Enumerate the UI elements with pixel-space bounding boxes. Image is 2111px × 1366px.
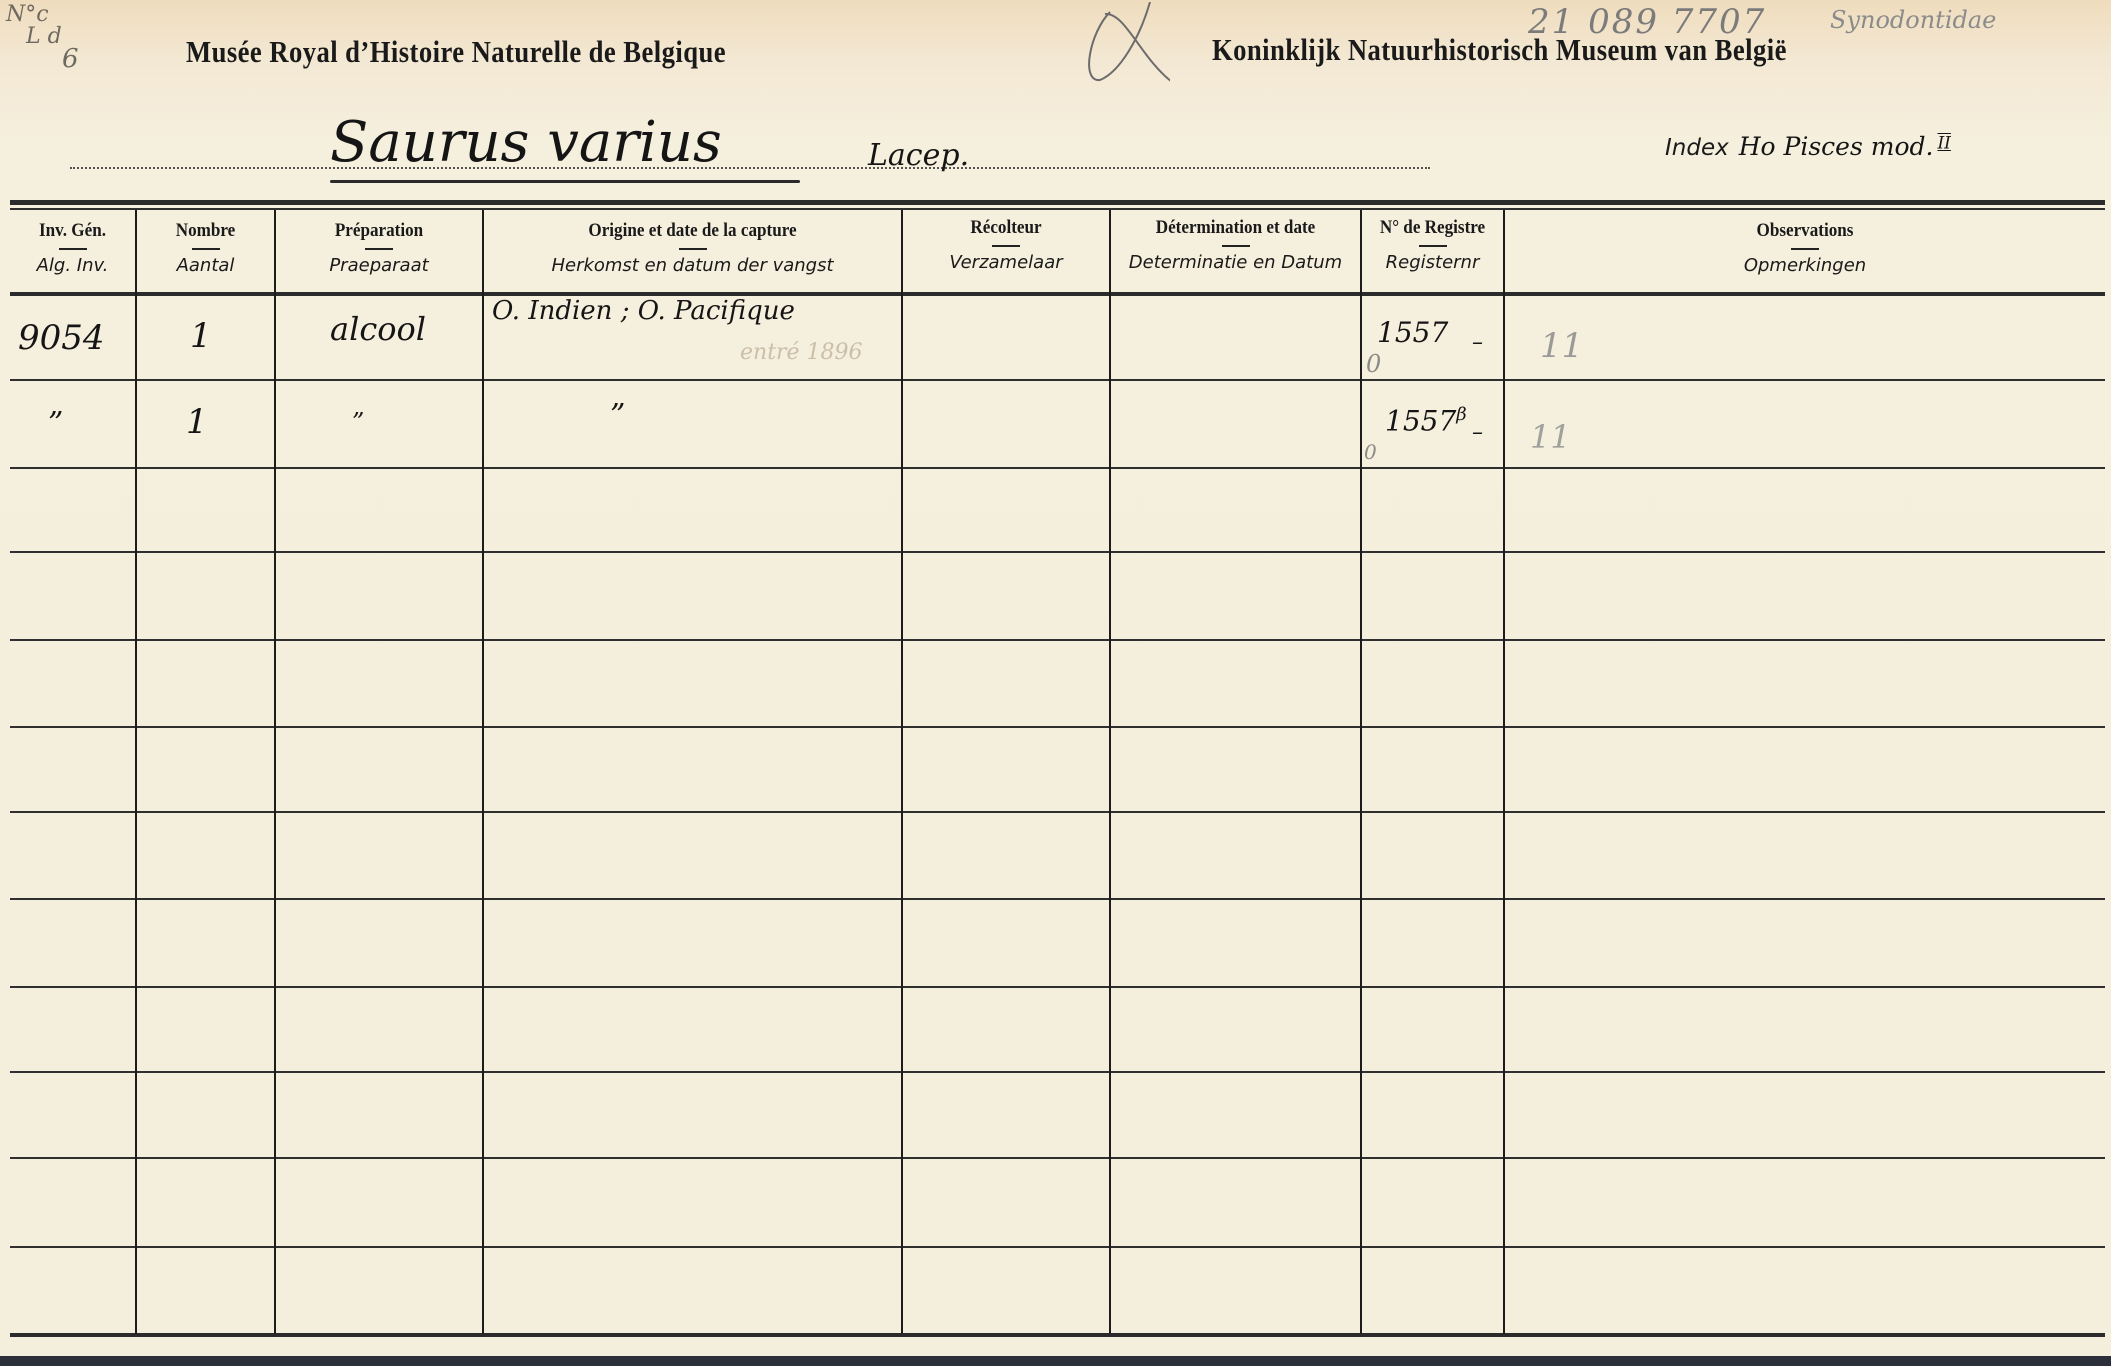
column-divider [1109,210,1111,1334]
index-suffix: II [1937,134,1950,154]
column-divider [135,210,137,1334]
column-divider [1360,210,1362,1334]
cell-nombre: 1 [186,402,208,442]
column-divider [274,210,276,1334]
header-bottom-rule [10,292,2105,296]
cell-registre-pencil: 0 [1366,350,1381,378]
table-top-rule [10,200,2105,205]
column-header-nl: Praeparaat [276,255,482,276]
row-line [10,1157,2105,1159]
column-divider [901,210,903,1334]
column-header-nl: Registernr [1362,252,1503,273]
cell-registre-pencil: 0 [1364,440,1377,464]
column-header-nl: Aantal [137,255,274,276]
header-dash [1419,245,1447,247]
species-name: Saurus varius [330,110,722,175]
column-header-fr: Inv. Gén. [16,220,129,242]
family-note: Synodontidae [1830,6,1996,34]
column-header-fr: N° de Registre [1369,217,1496,239]
index-field: Index Ho Pisces mod. II [1665,132,1951,161]
table-bottom-rule [10,1333,2105,1337]
cell-origine-pencil-note: entré 1896 [740,340,863,365]
header-title-french: Musée Royal d’Histoire Naturelle de Belg… [186,34,726,70]
row-line [10,898,2105,900]
registre-suffix: β [1456,404,1466,425]
scan-bottom-edge [0,1356,2111,1366]
species-underline [330,180,800,183]
cell-registre: 1557β [1385,404,1467,437]
column-header-inv: Inv. Gén. Alg. Inv. [10,220,135,276]
cell-preparation: ” [352,408,364,436]
header-dash [59,248,87,250]
index-value: Ho Pisces mod. [1739,132,1934,161]
column-header-preparation: Préparation Praeparaat [276,220,482,276]
registre-number: 1557 [1385,404,1456,437]
catalog-number: 21 089 7707 [1528,2,1766,42]
header-dash [365,248,393,250]
column-header-nl: Determinatie en Datum [1111,252,1360,273]
cell-registre-dash: – [1472,420,1483,445]
table-top-rule-inner [10,208,2105,210]
row-line [10,379,2105,381]
species-dotted-line [70,167,1430,169]
index-label: Index [1665,135,1729,161]
corner-pencil-notes: N°c L d 6 [6,4,79,70]
row-line [10,986,2105,988]
row-line [10,726,2105,728]
column-header-fr: Nombre [144,220,267,242]
header-dash [192,248,220,250]
column-header-observations: Observations Opmerkingen [1505,220,2105,276]
row-line [10,467,2105,469]
cell-observations: 11 [1530,418,1571,456]
cell-inv: ” [48,406,63,441]
column-header-recolteur: Récolteur Verzamelaar [903,217,1109,273]
cell-registre-dash: – [1472,330,1483,355]
row-line [10,1071,2105,1073]
header-dash [1791,248,1819,250]
corner-note-line3: 6 [6,48,79,70]
column-header-determination: Détermination et date Determinatie en Da… [1111,217,1360,273]
column-header-fr: Observations [1535,220,2075,242]
cell-origine: ” [610,398,625,433]
column-header-fr: Préparation [286,220,471,242]
cell-nombre: 1 [190,316,212,356]
column-header-origine: Origine et date de la capture Herkomst e… [484,220,901,276]
row-line [10,1246,2105,1248]
column-header-nl: Verzamelaar [903,252,1109,273]
header-dash [1222,245,1250,247]
cell-preparation: alcool [330,310,426,348]
column-header-nl: Opmerkingen [1505,255,2105,276]
column-header-fr: Détermination et date [1123,217,1347,239]
row-line [10,639,2105,641]
column-header-fr: Origine et date de la capture [505,220,880,242]
cell-origine: O. Indien ; O. Pacifique [492,296,795,326]
column-divider [482,210,484,1334]
row-line [10,551,2105,553]
header-dash [679,248,707,250]
header-dash [992,245,1020,247]
row-line [10,811,2105,813]
column-header-fr: Récolteur [913,217,1098,239]
column-header-registre: N° de Registre Registernr [1362,217,1503,273]
column-divider [1503,210,1505,1334]
column-header-nombre: Nombre Aantal [137,220,274,276]
corner-note-line1: N°c [6,4,79,26]
column-header-nl: Herkomst en datum der vangst [484,255,901,276]
cross-mark-icon [1080,2,1170,82]
species-author: Lacep. [868,138,969,173]
cell-observations: 11 [1540,326,1583,366]
column-header-nl: Alg. Inv. [10,255,135,276]
pencil-cross-mark [1080,2,1170,82]
cell-registre: 1557 [1377,316,1448,349]
cell-inv: 9054 [18,318,105,358]
